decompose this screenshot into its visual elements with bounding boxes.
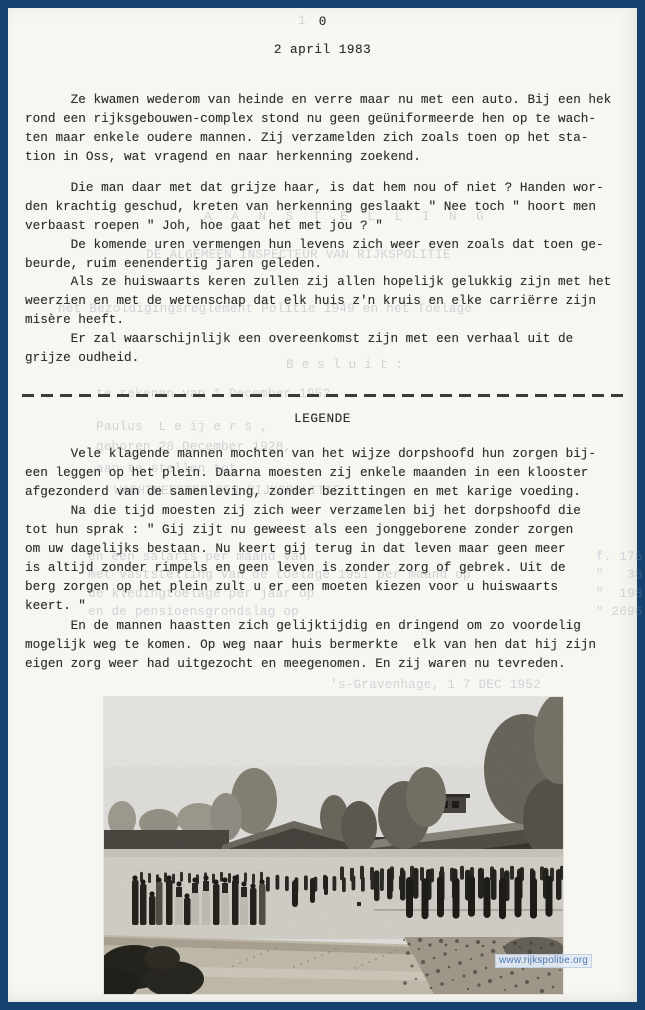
page-number: 0 <box>8 12 637 31</box>
photo-illustration <box>104 697 563 994</box>
watermark: www.rijkspolitie.org <box>495 954 592 968</box>
paragraph-homeward: Als ze huiswaarts keren zullen zij allen… <box>25 272 631 367</box>
parade-ground-photo <box>104 697 563 994</box>
paragraph-recognition: Die man daar met dat grijze haar, is dat… <box>25 178 631 273</box>
document-page: 1A A N S T E L L I N GDE ALGEMEEN INSPEC… <box>8 8 637 1002</box>
paragraph-legende-story: Vele klagende mannen mochten van het wij… <box>25 444 631 615</box>
legende-heading: LEGENDE <box>8 409 637 428</box>
paragraph-arrival: Ze kwamen wederom van heinde en verre ma… <box>25 90 631 166</box>
dashed-divider <box>22 394 630 397</box>
paragraph-legende-ending: En de mannen haastten zich gelijktijdig … <box>25 616 631 673</box>
document-date: 2 april 1983 <box>8 40 637 59</box>
scanned-document: { "page": { "page_number": "0", "date": … <box>0 0 645 1010</box>
